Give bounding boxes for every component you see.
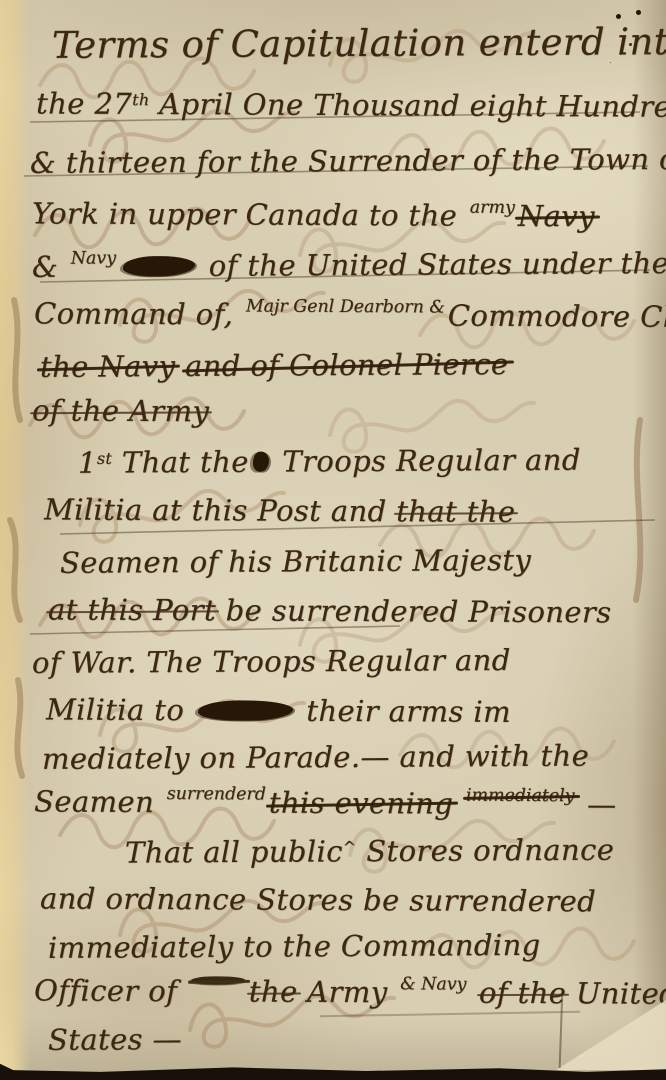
struck-text: and of Colonel Pierce xyxy=(185,347,509,383)
struck-text: this evening xyxy=(269,786,454,821)
inserted-text: Navy xyxy=(71,249,116,269)
text-segment: Militia at this Post and xyxy=(44,492,396,528)
manuscript-line: and ordnance Stores be surrendered xyxy=(40,881,656,930)
manuscript-line: Militia at this Post and that the xyxy=(44,492,656,545)
text-segment: & thirteen for the Surrender of the Town… xyxy=(30,142,666,180)
text-segment: That the xyxy=(112,445,249,480)
inserted-text: & Navy xyxy=(400,975,466,995)
text-segment: That all public xyxy=(125,834,343,869)
text-segment: the 27 xyxy=(36,86,132,121)
manuscript-line: & thirteen for the Surrender of the Town… xyxy=(30,142,656,200)
struck-text: of the Army xyxy=(32,393,209,428)
text-segment: Commodore Chauncey of xyxy=(448,299,666,335)
text-segment xyxy=(469,976,479,1010)
inserted-text: surrenderd xyxy=(167,785,266,806)
manuscript-line: Terms of Capitulation enterd into on xyxy=(52,20,656,90)
ink-blot xyxy=(198,700,293,721)
ink-blot xyxy=(123,256,195,277)
manuscript-line: at this Port be surrendered Prisoners xyxy=(48,592,656,645)
text-segment: Seamen of his Britanic Majesty xyxy=(60,543,531,580)
manuscript-page: Terms of Capitulation enterd into onthe … xyxy=(0,0,666,1080)
superscript-text: st xyxy=(97,449,113,468)
ink-blot xyxy=(253,451,269,471)
superscript-text: th xyxy=(132,90,150,109)
text-segment: Militia to xyxy=(46,692,194,727)
text-segment: be surrendered Prisoners xyxy=(216,593,612,629)
inserted-ink-blot xyxy=(191,976,245,985)
text-segment: mediately on Parade.— and with the xyxy=(42,739,589,776)
inserted-text: army xyxy=(470,198,515,218)
struck-text: the Navy xyxy=(40,349,176,384)
manuscript-line: York in upper Canada to the armyNavy xyxy=(32,196,656,249)
text-segment: their arms im xyxy=(297,694,511,729)
inserted-text: immediately xyxy=(466,786,575,807)
text-segment: 1 xyxy=(78,446,97,480)
text-segment: States — xyxy=(48,1022,182,1057)
manuscript-line: Seamen surrenderdthis evening immediatel… xyxy=(34,784,656,835)
text-segment: and ordnance Stores be surrendered xyxy=(40,881,596,918)
manuscript-line: That all public^ Stores ordnance xyxy=(125,832,656,884)
manuscript-line: & Navy of the United States under the xyxy=(32,246,656,300)
struck-text: at this Port xyxy=(48,592,216,627)
struck-text: that the xyxy=(396,494,515,529)
text-segment: York in upper Canada to the xyxy=(32,196,467,232)
text-segment: of War. The Troops Regular and xyxy=(32,643,511,680)
manuscript-line: Militia to their arms im xyxy=(46,692,656,741)
text-segment: United xyxy=(566,976,666,1011)
manuscript-line: immediately to the Commanding xyxy=(48,927,656,977)
manuscript-line: 1st That the Troops Regular and xyxy=(78,442,656,496)
struck-text: of the xyxy=(479,976,566,1010)
inserted-text: Majr Genl Dearborn & xyxy=(246,297,445,318)
text-segment: Army xyxy=(297,975,397,1010)
manuscript-line: the Navy and of Colonel Pierce xyxy=(40,346,656,397)
manuscript-line: Command of, Majr Genl Dearborn &Commodor… xyxy=(34,296,656,349)
struck-text: Navy xyxy=(518,199,595,233)
manuscript-line: Seamen of his Britanic Majesty xyxy=(60,542,656,596)
manuscript-line: the 27th April One Thousand eight Hundre… xyxy=(36,86,656,145)
manuscript-line: of the Army xyxy=(32,393,656,445)
text-segment: Terms of Capitulation enterd into on xyxy=(52,20,666,67)
text-segment: — xyxy=(577,787,616,821)
text-segment: Stores ordnance xyxy=(356,833,614,869)
struck-text: the xyxy=(249,974,298,1008)
text-segment: of the United States under the xyxy=(199,246,666,283)
manuscript-text: Terms of Capitulation enterd into onthe … xyxy=(30,22,656,1080)
text-segment: immediately to the Commanding xyxy=(48,928,541,965)
manuscript-line: mediately on Parade.— and with the xyxy=(42,738,656,788)
text-segment: April One Thousand eight Hundred xyxy=(149,87,666,124)
manuscript-line: States — xyxy=(48,1019,656,1069)
superscript-text: ^ xyxy=(343,837,357,856)
text-segment: Seamen xyxy=(34,784,164,819)
text-segment: Officer of xyxy=(34,973,187,1008)
text-segment: & xyxy=(32,250,68,284)
ink-specks xyxy=(616,14,621,19)
text-segment: Command of, xyxy=(34,296,243,331)
manuscript-line: of War. The Troops Regular and xyxy=(32,642,656,696)
text-segment: Troops Regular and xyxy=(273,443,581,479)
